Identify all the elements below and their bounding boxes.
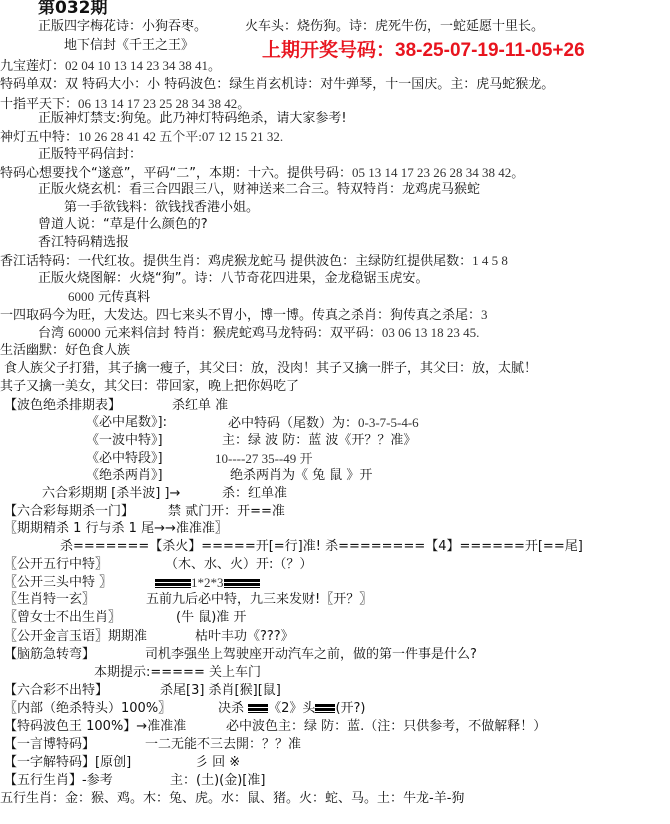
golden-words-value: 枯叶丰功《???》 bbox=[195, 627, 294, 647]
precise-kill: 〖期期精杀 1 行与杀 1 尾→→准准准〗 bbox=[4, 519, 228, 539]
taiwan-letter: 台湾 60000 元来料信封 特肖：猴虎蛇鸡马龙特码：双平码：03 06 13 … bbox=[38, 323, 479, 343]
numbers: 1*2*3 bbox=[191, 575, 224, 590]
brain-teaser-answer: 本期提示:===== 关上车门 bbox=[94, 663, 261, 683]
train-head: 火车头：烧伤狗。诗：虎死牛伤，一蛇延愿十里长。 bbox=[245, 17, 544, 37]
one-word-bet-value: 一二无能不三去開：？？准 bbox=[145, 735, 301, 755]
last-result-value: 38-25-07-19-11-05+26 bbox=[395, 40, 585, 61]
kill-two-label: 《绝杀两肖》] bbox=[86, 466, 163, 486]
flat-code-letter: 正版特平码信封： bbox=[38, 145, 142, 165]
fire-mystery: 正版火烧玄机：看三合四跟三八，财神送来二合三。特双特肖：龙鸡虎马猴蛇 bbox=[38, 180, 480, 200]
half-wave-value: 杀：红单准 bbox=[222, 484, 287, 504]
text: 特码心想要找个“遂意”，平码“二”，本期：十六。提供号码： bbox=[0, 166, 352, 181]
fire-diagram: 正版火烧图解：火烧“狗”。诗：八节奇花四进果，金龙稳锯玉虎安。 bbox=[38, 269, 428, 289]
text: 元来料信封 特肖：猴虎蛇鸡马龙特码：双平码： bbox=[101, 326, 382, 341]
lamp-five: 神灯五中特：10 26 28 41 42 五个平:07 12 15 21 32. bbox=[0, 127, 283, 147]
text: (开?) bbox=[335, 701, 365, 716]
kill-two-value: 绝杀两肖为《 兔 鼠 》开 bbox=[230, 466, 372, 486]
ms-zeng-label: 〖曾女士不出生肖〗 bbox=[4, 608, 121, 628]
plum-poem: 正版四字梅花诗：小狗吞枣。 bbox=[38, 17, 207, 37]
half-wave-label: 六合彩期期 [杀半波] ]→ bbox=[42, 484, 180, 504]
kill-fire-line: 杀=======【杀火】=====开[=行]准! 杀========【4】===… bbox=[60, 537, 583, 557]
amount: 60000 bbox=[68, 325, 101, 340]
text: 《2》头 bbox=[268, 701, 315, 716]
zodiac-mystery-value: 五前九后必中特，九三来发财!〖开？〗 bbox=[146, 590, 372, 610]
text: 元传真料 bbox=[94, 290, 150, 305]
numbers: 1 4 5 8 bbox=[472, 253, 508, 268]
one-word-bet-label: 【一言博特码】 bbox=[4, 735, 95, 755]
bar-icon bbox=[155, 579, 191, 588]
numbers: 0-3-7-5-4-6 bbox=[358, 415, 419, 430]
issue-title: 第032期 bbox=[38, 0, 108, 18]
five-zodiac-list: 五行生肖：金：猴、鸡。木：兔、虎。水：鼠、猪。火：蛇、马。土：牛龙-羊-狗 bbox=[0, 789, 464, 809]
label: 神灯五中特： bbox=[0, 130, 78, 145]
one-char-label: 【一字解特码】[原创] bbox=[4, 753, 131, 773]
fax-6000: 6000 元传真料 bbox=[68, 287, 150, 307]
special-code-info: 特码单双：双 特码大小：小 特码波色：绿生肖玄机诗：对牛弹琴，十一国庆。主：虎马… bbox=[0, 75, 554, 95]
numbers: 03 06 13 18 23 45. bbox=[382, 325, 480, 340]
underground-letter: 地下信封《千王之王》 bbox=[64, 36, 194, 56]
numbers: 05 13 14 17 23 26 28 34 38 42。 bbox=[352, 165, 524, 180]
number: 3 bbox=[481, 307, 488, 322]
label: 九宝莲灯： bbox=[0, 59, 65, 74]
bar-icon bbox=[224, 579, 260, 588]
ms-zeng-value: (牛 鼠)准 开 bbox=[176, 608, 246, 628]
text: 香江话特码：一代红妆。提供生肖：鸡虎猴龙蛇马 提供波色：主绿防红提供尾数： bbox=[0, 254, 472, 269]
tail-label: 《必中尾数》]: bbox=[86, 413, 167, 433]
text: 必中特码（尾数）为： bbox=[228, 416, 358, 431]
internal-kill-label: 〖内部（绝杀特头）100%〗 bbox=[4, 699, 171, 719]
text: 台湾 bbox=[38, 326, 68, 341]
wave-value: 主：绿 波 防：蓝 波《开？？准》 bbox=[222, 431, 416, 451]
no-special-label: 【六合彩不出特】 bbox=[4, 681, 108, 701]
no-special-value: 杀尾[3] 杀肖[猴][鼠] bbox=[160, 681, 281, 701]
humor-line2: 其子又擒一美女，其父曰：带回家，晚上把你妈吃了 bbox=[0, 377, 299, 397]
xiangjiang-code: 香江话特码：一代红妆。提供生肖：鸡虎猴龙蛇马 提供波色：主绿防红提供尾数：1 4… bbox=[0, 251, 508, 271]
xiangjiang-title: 香江特码精选报 bbox=[38, 233, 129, 253]
numbers: 10 26 28 41 42 五个平:07 12 15 21 32. bbox=[78, 129, 283, 144]
bar-icon bbox=[315, 704, 335, 713]
nine-treasure: 九宝莲灯：02 04 10 13 14 23 34 38 41。 bbox=[0, 56, 221, 76]
five-zodiac-label: 【五行生肖】-参考 bbox=[4, 771, 113, 791]
one-four-line: 一四取码今为旺，大发达。四七来头不胃小，博一博。传真之杀肖：狗传真之杀尾：3 bbox=[0, 305, 488, 325]
wave-label: 《一波中特》] bbox=[86, 431, 163, 451]
internal-kill-value: 决杀 《2》头(开?) bbox=[218, 699, 365, 719]
zodiac-mystery-label: 〖生肖特一玄〗 bbox=[4, 590, 95, 610]
wave-table-value: 杀红单 准 bbox=[172, 396, 228, 416]
last-result: 上期开奖号码：38-25-07-19-11-05+26 bbox=[262, 41, 585, 61]
amount: 6000 bbox=[68, 289, 94, 304]
five-element-value: （木、水、火）开:（？） bbox=[165, 555, 312, 575]
five-element-label: 〖公开五行中特〗 bbox=[4, 555, 108, 575]
brain-teaser-question: 司机李强坐上驾驶座开动汽车之前，做的第一件事是什么? bbox=[145, 645, 477, 665]
last-result-label: 上期开奖号码： bbox=[262, 40, 395, 61]
five-zodiac-value: 主：(土)(金)[准] bbox=[170, 771, 265, 791]
wave-king-value: 必中波色主：绿 防：蓝.（注：只供参考，不做解释！） bbox=[226, 717, 546, 737]
brain-teaser-label: 【脑筋急转弯】 bbox=[4, 645, 95, 665]
humor-title: 生活幽默：好色食人族 bbox=[0, 341, 130, 361]
tail-value: 必中特码（尾数）为：0-3-7-5-4-6 bbox=[228, 413, 419, 433]
golden-words-label: 〖公开金言玉语〗期期准 bbox=[4, 627, 147, 647]
lamp-ban: 正版神灯禁支:狗兔。此乃神灯特码绝杀，请大家参考! bbox=[38, 109, 347, 129]
text: 一四取码今为旺，大发达。四七来头不胃小，博一博。传真之杀肖：狗传真之杀尾： bbox=[0, 308, 481, 323]
numbers: 02 04 10 13 14 23 34 38 41。 bbox=[65, 58, 221, 73]
text: 决杀 bbox=[218, 701, 244, 716]
wave-king-label: 【特码波色王 100%】→准准准 bbox=[4, 717, 186, 737]
one-char-value: 彡 回 ※ bbox=[195, 753, 240, 773]
bar-icon bbox=[248, 704, 268, 713]
humor-line1: 食人族父子打猎，其子擒一瘦子，其父曰：放，没肉！其子又擒一胖子，其父曰：放，太腻… bbox=[4, 359, 537, 379]
taoist-says: 曾道人说：“草是什么颜色的? bbox=[38, 215, 208, 235]
